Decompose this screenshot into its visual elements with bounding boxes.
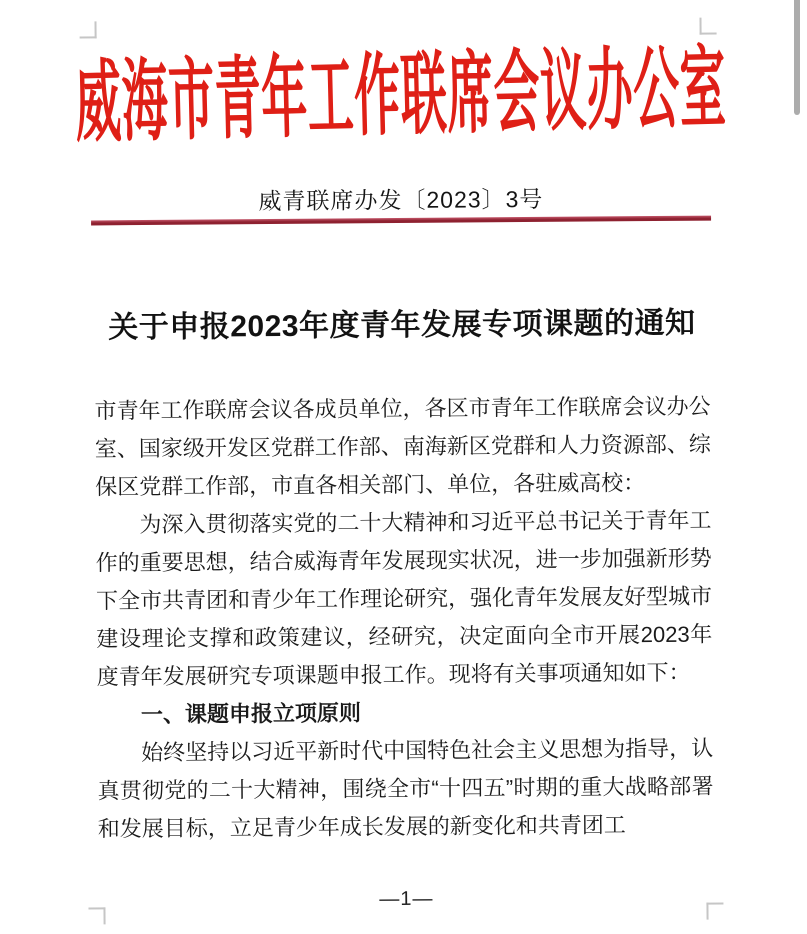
paragraph-section1: 始终坚持以习近平新时代中国特色社会主义思想为指导，认真贯彻党的二十大精神，围绕全… bbox=[97, 730, 714, 849]
page-number: —1— bbox=[98, 886, 714, 914]
masthead-title: 威海市青年工作联席会议办公室 bbox=[73, 17, 727, 161]
section1-heading: 一、课题申报立项原则 bbox=[97, 692, 713, 735]
paragraph-addressees: 市青年工作联席会议各成员单位，各区市青年工作联席会议办公室、国家级开发区党群工作… bbox=[94, 388, 711, 507]
page-tilt-wrapper: 威海市青年工作联席会议办公室 威青联席办发〔2023〕3号 关于申报2023年度… bbox=[0, 0, 807, 934]
document-body: 市青年工作联席会议各成员单位，各区市青年工作联席会议办公室、国家级开发区党群工作… bbox=[94, 388, 714, 849]
document-page: 威海市青年工作联席会议办公室 威青联席办发〔2023〕3号 关于申报2023年度… bbox=[91, 0, 714, 934]
masthead: 威海市青年工作联席会议办公室 bbox=[92, 32, 709, 147]
scrollbar-thumb[interactable] bbox=[794, 0, 800, 115]
document-photo: 威海市青年工作联席会议办公室 威青联席办发〔2023〕3号 关于申报2023年度… bbox=[0, 0, 807, 934]
paragraph-intro: 为深入贯彻落实党的二十大精神和习近平总书记关于青年工作的重要思想，结合威海青年发… bbox=[95, 502, 712, 697]
document-title: 关于申报2023年度青年发展专项课题的通知 bbox=[94, 298, 710, 347]
doc-number: 威青联席办发〔2023〕3号 bbox=[93, 180, 709, 218]
red-rule-divider bbox=[91, 216, 711, 226]
